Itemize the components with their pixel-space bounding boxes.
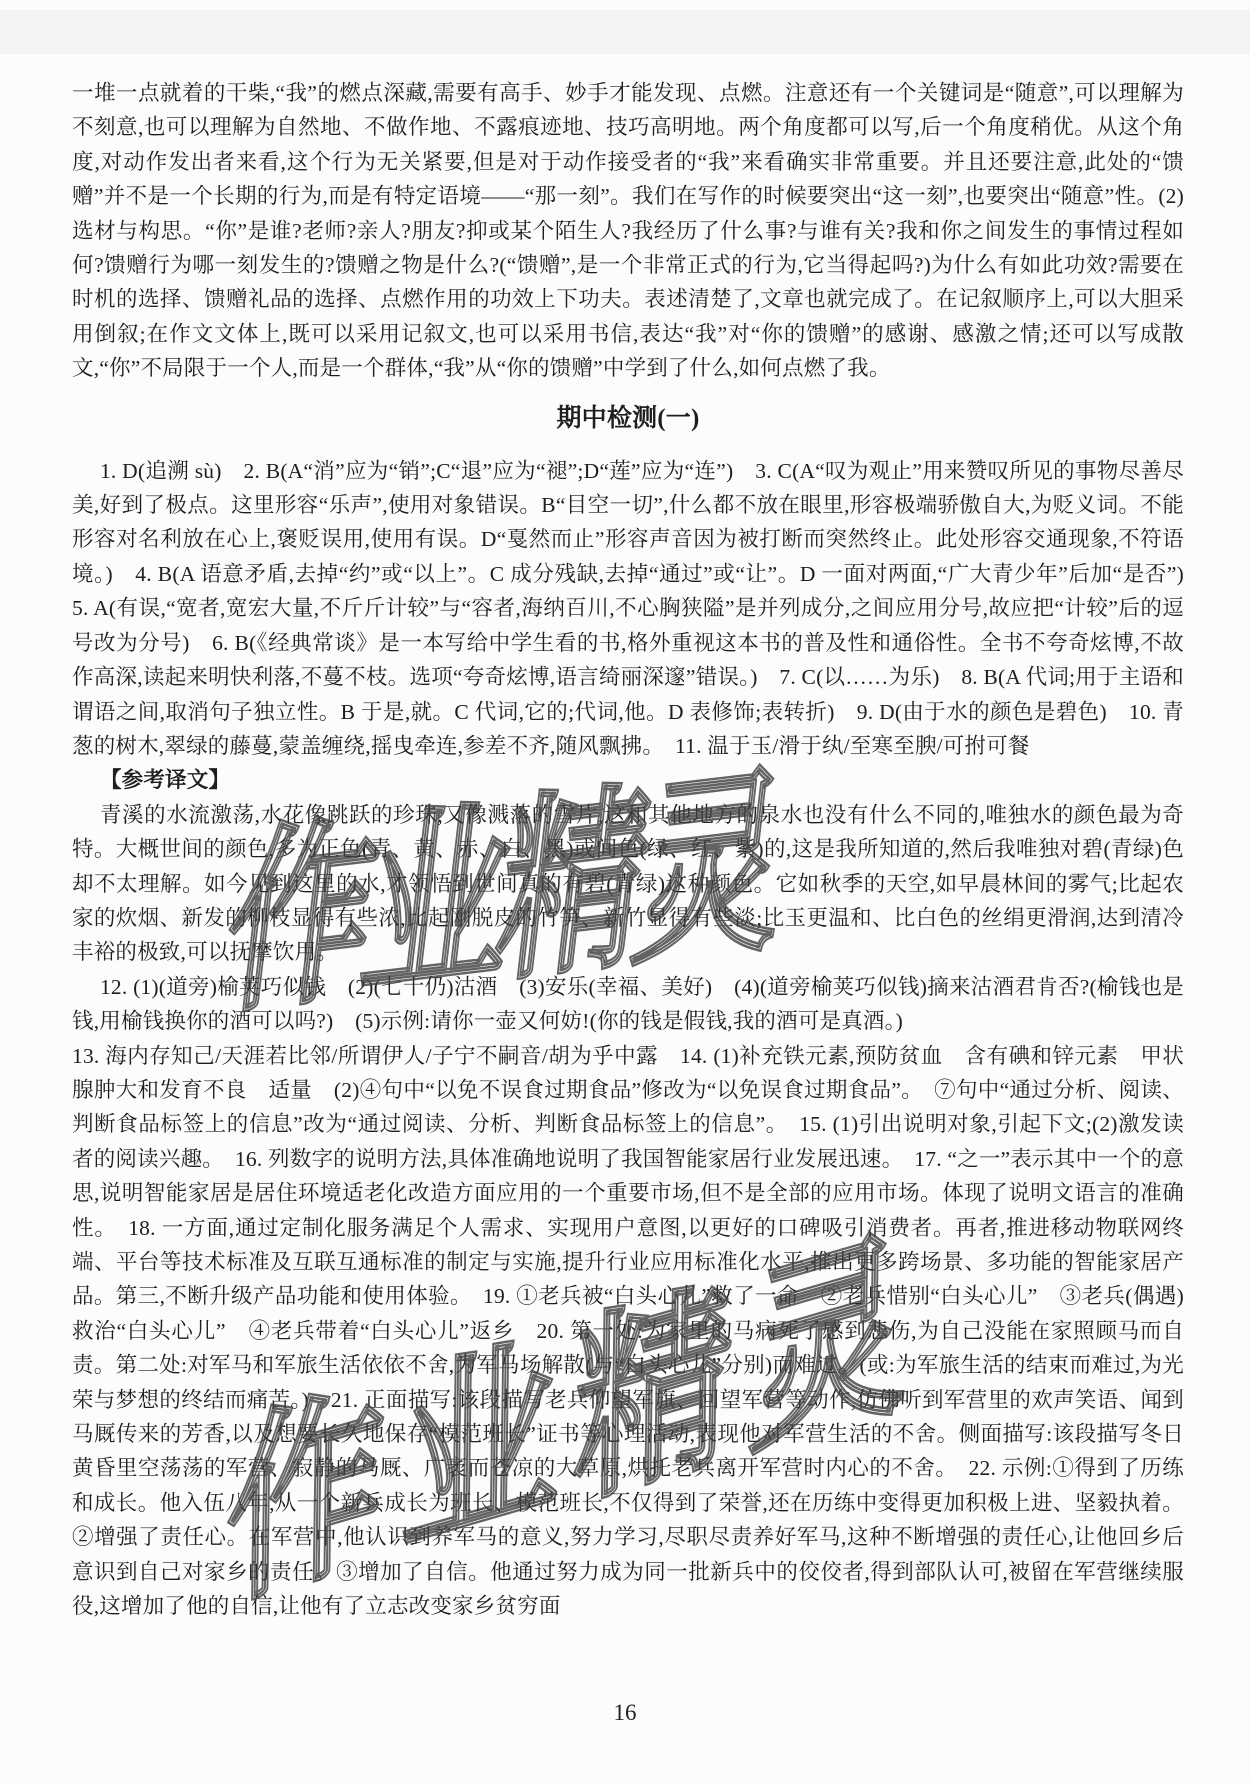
scanned-workbook-page: 一堆一点就着的干柴,“我”的燃点深藏,需要有高手、妙手才能发现、点燃。注意还有一… — [0, 0, 1250, 1783]
reference-translation-label: 【参考译文】 — [72, 763, 1184, 797]
page-number: 16 — [0, 1698, 1250, 1728]
section-heading-midterm-test-1: 期中检测(一) — [72, 400, 1184, 438]
page-body: 一堆一点就着的干柴,“我”的燃点深藏,需要有高手、妙手才能发现、点燃。注意还有一… — [72, 76, 1184, 1623]
scan-edge-band — [0, 10, 1250, 54]
answers-paragraph-1-11: 1. D(追溯 sù) 2. B(A“消”应为“销”;C“退”应为“褪”;D“莲… — [72, 454, 1184, 764]
answers-paragraph-13-22: 13. 海内存知己/天涯若比邻/所谓伊人/子宁不嗣音/胡为乎中露 14. (1)… — [72, 1039, 1184, 1624]
intro-continuation-paragraph: 一堆一点就着的干柴,“我”的燃点深藏,需要有高手、妙手才能发现、点燃。注意还有一… — [72, 76, 1184, 386]
reference-translation-paragraph: 青溪的水流激荡,水花像跳跃的珍珠,又像溅落的雪片,这和其他地方的泉水也没有什么不… — [72, 798, 1184, 970]
answer-paragraph-12: 12. (1)(道旁)榆荚巧似钱 (2)(七十仍)沽酒 (3)安乐(幸福、美好)… — [72, 970, 1184, 1039]
